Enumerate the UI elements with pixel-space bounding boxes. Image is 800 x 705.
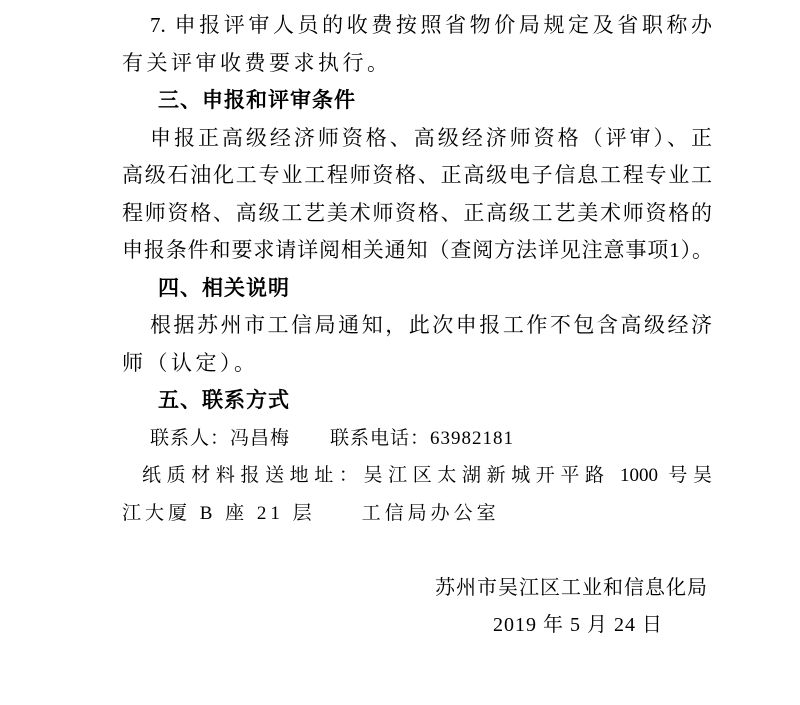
- body-line: 高级石油化工专业工程师资格、正高级电子信息工程专业工: [122, 157, 712, 195]
- body-line: 申报正高级经济师资格、高级经济师资格（评审）、正: [122, 120, 712, 158]
- section-heading: 四、相关说明: [122, 270, 712, 308]
- document-page: 7. 申报评审人员的收费按照省物价局规定及省职称办 有关评审收费要求执行。 三、…: [0, 0, 800, 705]
- body-line: 7. 申报评审人员的收费按照省物价局规定及省职称办: [122, 7, 712, 45]
- signature-date: 2019 年 5 月 24 日: [122, 607, 712, 645]
- body-line: 有关评审收费要求执行。: [122, 45, 712, 83]
- contact-line: 联系人：冯昌梅 联系电话：63982181: [122, 420, 712, 458]
- body-line: 师（认定）。: [122, 345, 712, 383]
- contact-line: 江大厦 B 座 21 层 工信局办公室: [122, 495, 712, 533]
- blank-line: [122, 532, 712, 570]
- body-line: 程师资格、高级工艺美术师资格、正高级工艺美术师资格的: [122, 195, 712, 233]
- body-line: 根据苏州市工信局通知，此次申报工作不包含高级经济: [122, 307, 712, 345]
- section-heading: 三、申报和评审条件: [122, 82, 712, 120]
- body-line: 申报条件和要求请详阅相关通知（查阅方法详见注意事项1）。: [122, 232, 712, 270]
- signature-org: 苏州市吴江区工业和信息化局: [122, 570, 712, 608]
- section-heading: 五、联系方式: [122, 382, 712, 420]
- contact-line: 纸质材料报送地址：吴江区太湖新城开平路 1000 号吴: [122, 457, 712, 495]
